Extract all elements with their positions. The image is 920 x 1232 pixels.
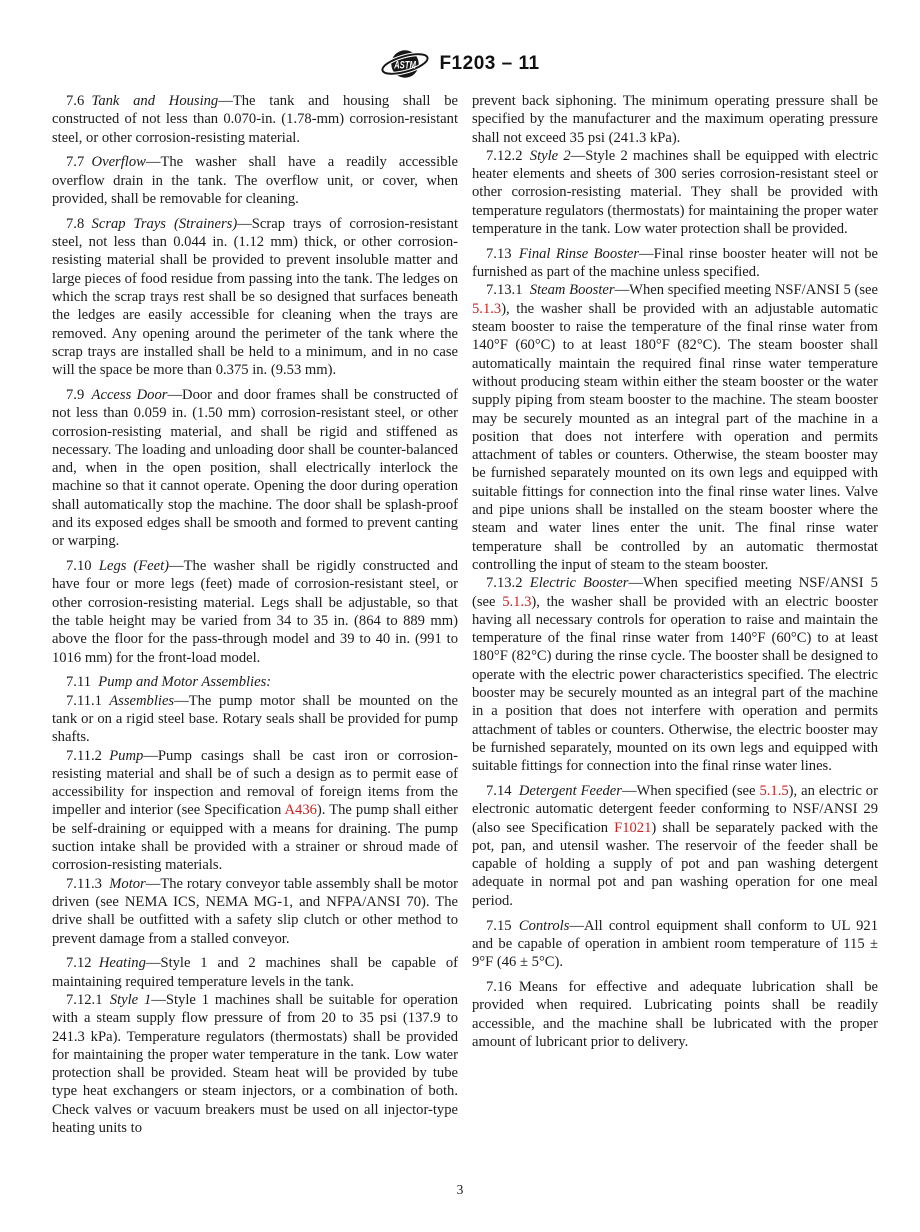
section-7.11.2: 7.11.2 Pump—Pump casings shall be cast i… (52, 747, 458, 875)
section-title: Style 2 (530, 148, 571, 164)
section-title: Legs (Feet) (99, 558, 169, 574)
ref-link-A436[interactable]: A436 (284, 802, 316, 818)
section-7.8: 7.8 Scrap Trays (Strainers)—Scrap trays … (52, 215, 458, 380)
two-column-body: 7.6 Tank and Housing—The tank and housin… (52, 92, 878, 1137)
section-number: 7.7 (66, 154, 84, 170)
section-7.13.1: 7.13.1 Steam Booster—When specified meet… (472, 281, 878, 574)
section-7.11.1: 7.11.1 Assemblies—The pump motor shall b… (52, 692, 458, 747)
section-title: Electric Booster (530, 575, 629, 591)
section-number: 7.12 (66, 955, 92, 971)
section-title: Tank and Housing (92, 93, 219, 109)
section-title: Scrap Trays (Strainers) (92, 216, 238, 232)
section-7.10: 7.10 Legs (Feet)—The washer shall be rig… (52, 557, 458, 667)
ref-link-5.1.5[interactable]: 5.1.5 (759, 783, 788, 799)
section-number: 7.12.1 (66, 992, 102, 1008)
astm-logo-icon: ASTM (380, 44, 430, 84)
section-number: 7.13.2 (486, 575, 522, 591)
section-7.11.3: 7.11.3 Motor—The rotary conveyor table a… (52, 875, 458, 948)
section-title: Heating (99, 955, 146, 971)
section-title: Controls (519, 918, 570, 934)
section-number: 7.15 (486, 918, 512, 934)
section-7.12: 7.12 Heating—Style 1 and 2 machines shal… (52, 954, 458, 991)
section-title: Steam Booster (530, 282, 615, 298)
document-footer: 3 (0, 1182, 920, 1198)
right-column: prevent back siphoning. The minimum oper… (472, 92, 878, 1137)
section-7.7: 7.7 Overflow—The washer shall have a rea… (52, 153, 458, 208)
section-number: 7.10 (66, 558, 92, 574)
section-7.13: 7.13 Final Rinse Booster—Final rinse boo… (472, 245, 878, 282)
document-page: ASTM F1203 – 11 7.6 Tank and Housing—The… (0, 0, 920, 1232)
section-title: Overflow (92, 154, 146, 170)
section-title: Detergent Feeder (519, 783, 622, 799)
section-number: 7.11.3 (66, 876, 102, 892)
section-7.12.2: 7.12.2 Style 2—Style 2 machines shall be… (472, 147, 878, 238)
section-number: 7.6 (66, 93, 84, 109)
ref-link-5.1.3[interactable]: 5.1.3 (502, 594, 531, 610)
document-code: F1203 – 11 (439, 53, 539, 75)
section-number: 7.11 (66, 674, 91, 690)
continued-paragraph: prevent back siphoning. The minimum oper… (472, 92, 878, 147)
section-7.11: 7.11 Pump and Motor Assemblies: (52, 673, 458, 691)
section-title: Pump and Motor Assemblies: (98, 674, 271, 690)
section-number: 7.13.1 (486, 282, 522, 298)
page-number: 3 (457, 1182, 464, 1197)
section-title: Access Door (92, 387, 168, 403)
section-7.12.1: 7.12.1 Style 1—Style 1 machines shall be… (52, 991, 458, 1137)
section-7.6: 7.6 Tank and Housing—The tank and housin… (52, 92, 458, 147)
section-number: 7.11.2 (66, 748, 102, 764)
section-number: 7.8 (66, 216, 84, 232)
section-7.16: 7.16 Means for effective and adequate lu… (472, 978, 878, 1051)
ref-link-5.1.3[interactable]: 5.1.3 (472, 301, 501, 317)
section-7.9: 7.9 Access Door—Door and door frames sha… (52, 386, 458, 551)
section-number: 7.12.2 (486, 148, 522, 164)
section-title: Motor (109, 876, 145, 892)
section-number: 7.9 (66, 387, 84, 403)
section-7.13.2: 7.13.2 Electric Booster—When specified m… (472, 574, 878, 775)
section-number: 7.14 (486, 783, 512, 799)
section-number: 7.11.1 (66, 693, 102, 709)
section-7.15: 7.15 Controls—All control equipment shal… (472, 917, 878, 972)
section-title: Final Rinse Booster (519, 246, 639, 262)
svg-text:ASTM: ASTM (394, 59, 417, 71)
section-7.14: 7.14 Detergent Feeder—When specified (se… (472, 782, 878, 910)
section-title: Style 1 (110, 992, 152, 1008)
section-number: 7.13 (486, 246, 512, 262)
section-title: Assemblies (109, 693, 174, 709)
left-column: 7.6 Tank and Housing—The tank and housin… (52, 92, 458, 1137)
section-title: Pump (109, 748, 143, 764)
section-number: 7.16 (486, 979, 512, 995)
document-header: ASTM F1203 – 11 (0, 44, 920, 84)
ref-link-F1021[interactable]: F1021 (614, 820, 651, 836)
